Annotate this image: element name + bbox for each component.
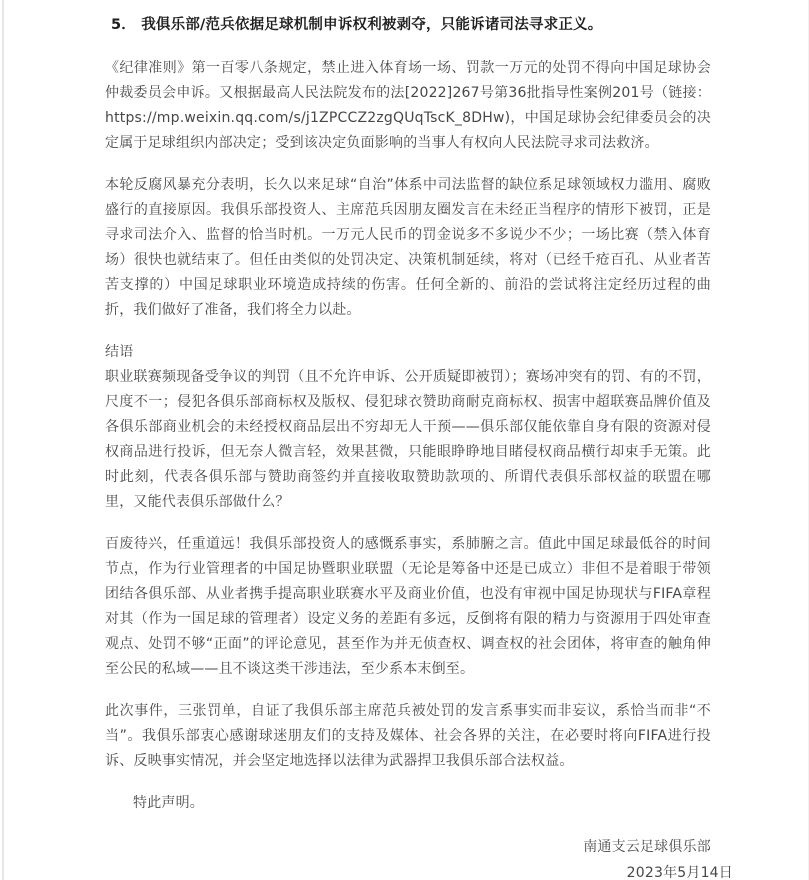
signature-date: 2023年5月14日: [105, 860, 733, 880]
statement-document: 5． 我俱乐部/范兵依据足球机制申诉权利被剥夺，只能诉诸司法寻求正义。 《纪律准…: [105, 13, 711, 880]
closing-statement: 特此声明。: [105, 791, 711, 816]
conclusion-label: 结语: [105, 340, 711, 365]
conclusion-section: 结语 职业联赛频现备受争议的判罚（且不允许申诉、公开质疑即被罚）；赛场冲突有的罚…: [105, 340, 711, 515]
paragraph-league-issues: 职业联赛频现备受争议的判罚（且不允许申诉、公开质疑即被罚）；赛场冲突有的罚、有的…: [105, 365, 711, 515]
paragraph-gratitude: 此次事件，三张罚单，自证了我俱乐部主席范兵被处罚的发言系事实而非妄议，系恰当而非…: [105, 699, 711, 774]
section-heading: 5． 我俱乐部/范兵依据足球机制申诉权利被剥夺，只能诉诸司法寻求正义。: [105, 13, 711, 38]
paragraph-anticorruption: 本轮反腐风暴充分表明，长久以来足球“自治”体系中司法监督的缺位系足球领域权力滥用…: [105, 173, 711, 323]
paragraph-legal-basis: 《纪律准则》第一百零八条规定，禁止进入体育场一场、罚款一万元的处罚不得向中国足球…: [105, 56, 711, 156]
paragraph-cfa-criticism: 百废待兴，任重道远！我俱乐部投资人的感慨系事实，系肺腑之言。值此中国足球最低谷的…: [105, 532, 711, 682]
page-left-edge: [2, 0, 4, 880]
signature-name: 南通支云足球俱乐部: [105, 835, 711, 860]
signature-block: 南通支云足球俱乐部 2023年5月14日: [105, 835, 711, 880]
document-page: 5． 我俱乐部/范兵依据足球机制申诉权利被剥夺，只能诉诸司法寻求正义。 《纪律准…: [0, 0, 809, 880]
